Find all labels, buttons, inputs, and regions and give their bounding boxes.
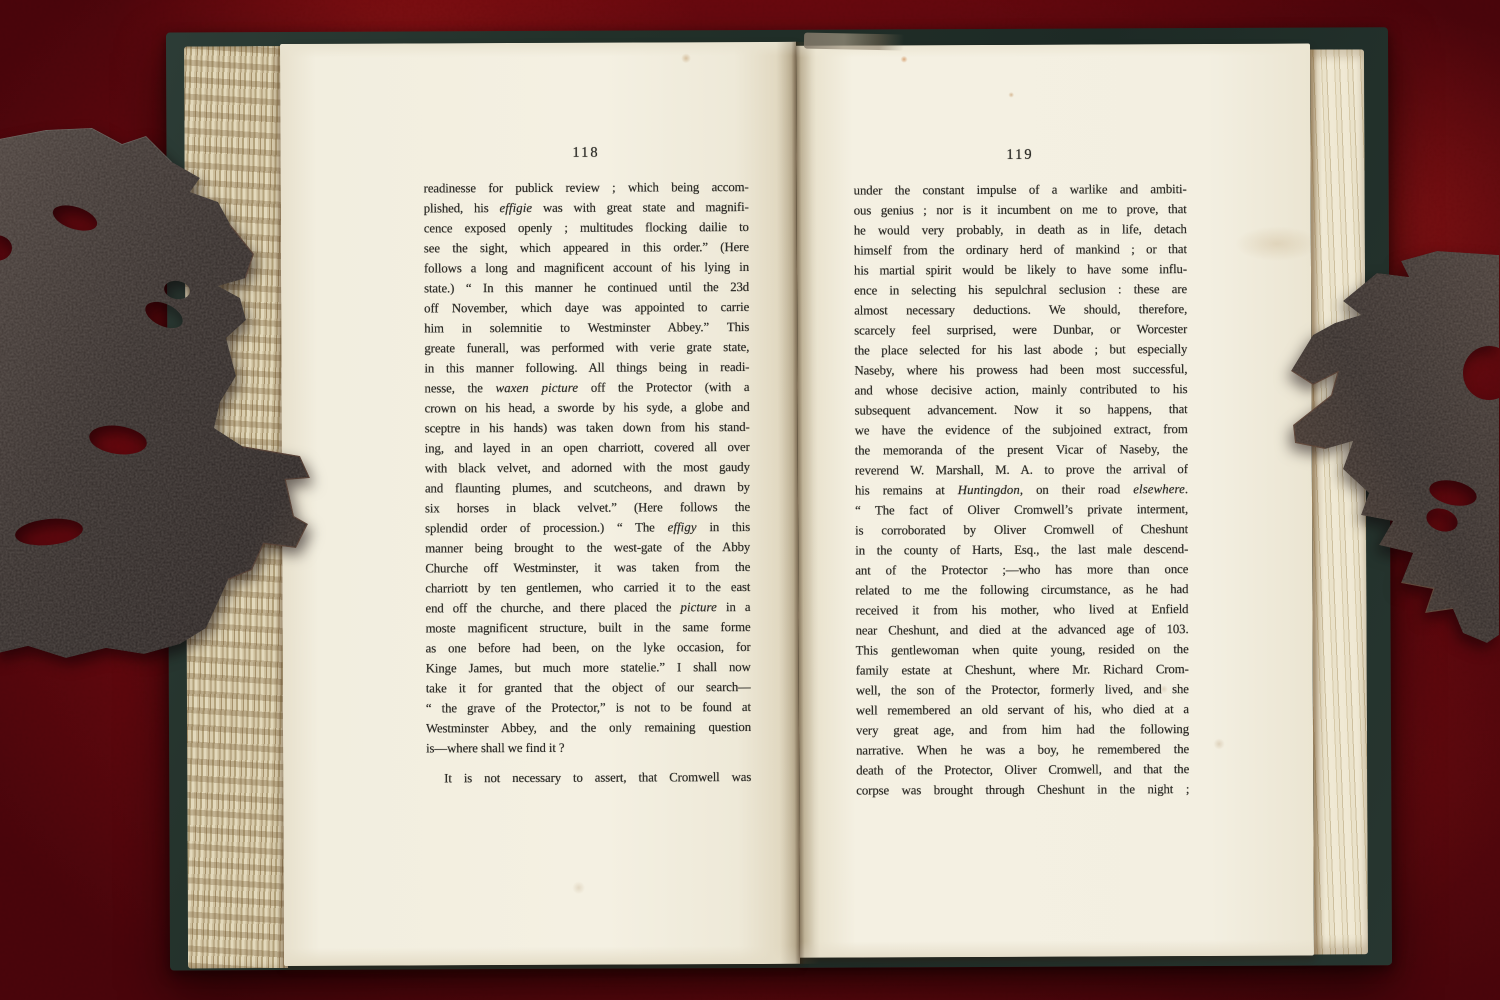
text-line: his martial spirit would be likely to ha… (854, 259, 1187, 280)
text-line: himself from the ordinary herd of mankin… (854, 239, 1187, 260)
text-line: off November, which daye was appointed t… (424, 297, 749, 318)
text-line: crown on his head, a sworde by his syde,… (425, 397, 750, 418)
text-line: subsequent advancement. Now it so happen… (855, 399, 1188, 420)
text-line: take it for granted that the object of o… (426, 677, 751, 698)
text-line: narrative. When he was a boy, he remembe… (856, 739, 1189, 760)
metal-ornament-right (1281, 251, 1499, 646)
text-line: in this manner following. All things bei… (424, 357, 749, 378)
text-line: plished, his effigie was with great stat… (424, 197, 749, 218)
text-line: nesse, the waxen picture off the Protect… (424, 377, 749, 398)
text-line: in the county of Harts, Esq., the last m… (855, 539, 1188, 560)
text-line: almost necessary deductions. We should, … (854, 299, 1187, 320)
left-page-lines: readinesse for publick review ; which be… (424, 177, 752, 788)
text-line: state.) “ In this manner he continued un… (424, 277, 749, 298)
text-line: scarcely feel surprised, were Dunbar, or… (854, 319, 1187, 340)
right-page-text-block: 119 under the constant impulse of a warl… (853, 143, 1189, 800)
text-line: “ the grave of the Protector,” is not to… (426, 697, 751, 718)
text-line: and whose decisive action, mainly contri… (854, 379, 1187, 400)
text-line: ant of the Protector ;—who has more than… (855, 559, 1188, 580)
text-line: his remains at Huntingdon, on their road… (855, 479, 1188, 500)
text-line: death of the Protector, Oliver Cromwell,… (856, 759, 1189, 780)
gutter-wear-patch (804, 33, 904, 51)
text-line: ous genius ; nor is it incumbent on me t… (854, 199, 1187, 220)
text-line: Kinge James, but much more statelie.” I … (426, 657, 751, 678)
text-line: This gentlewoman when quite young, resid… (856, 639, 1189, 660)
text-line: manner being brought to the west-gate of… (425, 537, 750, 558)
text-line: well, the son of the Protector, formerly… (856, 679, 1189, 700)
text-line: moste magnificent structure, built in th… (426, 617, 751, 638)
photo-of-open-book: 118 readinesse for publick review ; whic… (0, 0, 1500, 1000)
text-line: under the constant impulse of a warlike … (854, 179, 1187, 200)
gutter-shadow (776, 42, 820, 964)
text-line: splendid order of procession.) “ The eff… (425, 517, 750, 538)
text-line: received it from his mother, who lived a… (855, 599, 1188, 620)
text-line: “ The fact of Oliver Cromwell’s private … (855, 499, 1188, 520)
metal-ornament-left (0, 128, 316, 663)
text-line: six horses in black velvet.” (Here follo… (425, 497, 750, 518)
text-line: Churche off Westminster, it was taken fr… (425, 557, 750, 578)
text-line: very great age, and from him had the fol… (856, 719, 1189, 740)
text-line: Westminster Abbey, and the only remainin… (426, 717, 751, 738)
text-line: we have the evidence of the subjoined ex… (855, 419, 1188, 440)
text-line: is—where shall we find it ? (426, 737, 751, 758)
text-line: ing, and layed in an open charriott, cov… (425, 437, 750, 458)
text-line: cence exposed openly ; multitudes flocki… (424, 217, 749, 238)
text-line: he would very probably, in death as in l… (854, 219, 1187, 240)
text-line: follows a long and magnificent account o… (424, 257, 749, 278)
text-line: charriott by ten gentlemen, who carried … (425, 577, 750, 598)
text-line: readinesse for publick review ; which be… (424, 177, 749, 198)
text-line: end off the churche, and there placed th… (425, 597, 750, 618)
text-line: him in solemnitie to Westminster Abbey.”… (424, 317, 749, 338)
text-line: see the sight, which appeared in this or… (424, 237, 749, 258)
page-number-right: 119 (853, 143, 1186, 166)
text-line: Naseby, where his prowess had been most … (854, 359, 1187, 380)
text-line: related to me the following circumstance… (855, 579, 1188, 600)
left-page-text-block: 118 readinesse for publick review ; whic… (423, 141, 751, 788)
text-line: and flaunting plumes, and scutcheons, an… (425, 477, 750, 498)
text-line: the memoranda of the present Vicar of Na… (855, 439, 1188, 460)
text-line: It is not necessary to assert, that Crom… (426, 767, 751, 788)
text-line: as one before had been, on the lyke occa… (426, 637, 751, 658)
text-line: is corroborated by Oliver Cromwell of Ch… (855, 519, 1188, 540)
text-line: well remembered an old servant of his, w… (856, 699, 1189, 720)
right-page-lines: under the constant impulse of a warlike … (854, 179, 1190, 800)
text-line: corpse was brought through Cheshunt in t… (856, 779, 1189, 800)
text-line: family estate at Cheshunt, where Mr. Ric… (856, 659, 1189, 680)
text-line: ence in selecting his sepulchral seclusi… (854, 279, 1187, 300)
text-line: reverend W. Marshall, M. A. to prove the… (855, 459, 1188, 480)
text-line: with black velvet, and adorned with the … (425, 457, 750, 478)
page-number-left: 118 (423, 141, 748, 164)
text-line: near Cheshunt, and died at the advanced … (856, 619, 1189, 640)
text-line: sceptre in his hands) was taken down fro… (425, 417, 750, 438)
text-line: the place selected for his last abode ; … (854, 339, 1187, 360)
text-line: greate funerall, was performed with veri… (424, 337, 749, 358)
